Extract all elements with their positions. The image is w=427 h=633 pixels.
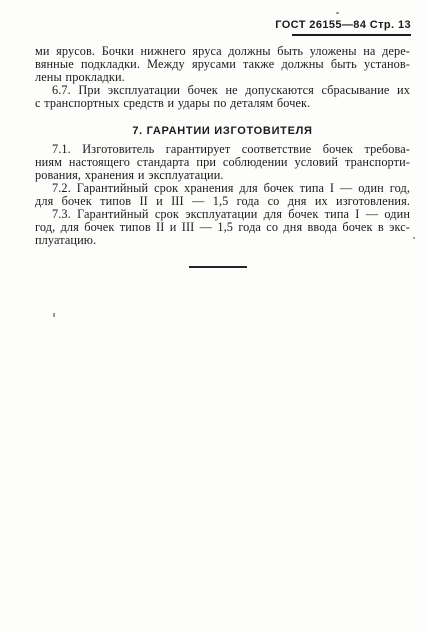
text-line: рования, хранения и эксплуатации. <box>35 169 410 182</box>
text-line: год, для бочек типов II и III — 1,5 года… <box>35 221 410 234</box>
text-line: 6.7. При эксплуатации бочек не допускают… <box>35 84 410 97</box>
header-rule <box>292 34 411 36</box>
text-line: ми ярусов. Бочки нижнего яруса должны бы… <box>35 45 410 58</box>
text-line: 7.3. Гарантийный срок эксплуатации для б… <box>35 208 410 221</box>
body-text-top: ми ярусов. Бочки нижнего яруса должны бы… <box>35 45 410 110</box>
text-line: ниям настоящего стандарта при соблюдении… <box>35 156 410 169</box>
text-line: 7.1. Изготовитель гарантирует соответств… <box>35 143 410 156</box>
scan-speck <box>413 237 415 239</box>
text-line: с транспортных средств и удары по деталя… <box>35 97 410 110</box>
text-line: плуатацию. <box>35 234 410 247</box>
end-divider <box>189 266 247 268</box>
body-text-guarantees: 7.1. Изготовитель гарантирует соответств… <box>35 143 410 247</box>
page-header: ГОСТ 26155—84 Стр. 13 <box>275 19 411 36</box>
document-page: ГОСТ 26155—84 Стр. 13 ми ярусов. Бочки н… <box>0 0 427 633</box>
scan-speck <box>53 313 55 317</box>
section-heading: 7. ГАРАНТИИ ИЗГОТОВИТЕЛЯ <box>35 125 410 137</box>
scan-speck <box>336 12 339 14</box>
text-line: лены прокладки. <box>35 71 410 84</box>
text-line: вянные подкладки. Между ярусами также до… <box>35 58 410 71</box>
header-label: ГОСТ 26155—84 Стр. 13 <box>275 19 411 31</box>
text-line: 7.2. Гарантийный срок хранения для бочек… <box>35 182 410 195</box>
text-line: для бочек типов II и III — 1,5 года со д… <box>35 195 410 208</box>
